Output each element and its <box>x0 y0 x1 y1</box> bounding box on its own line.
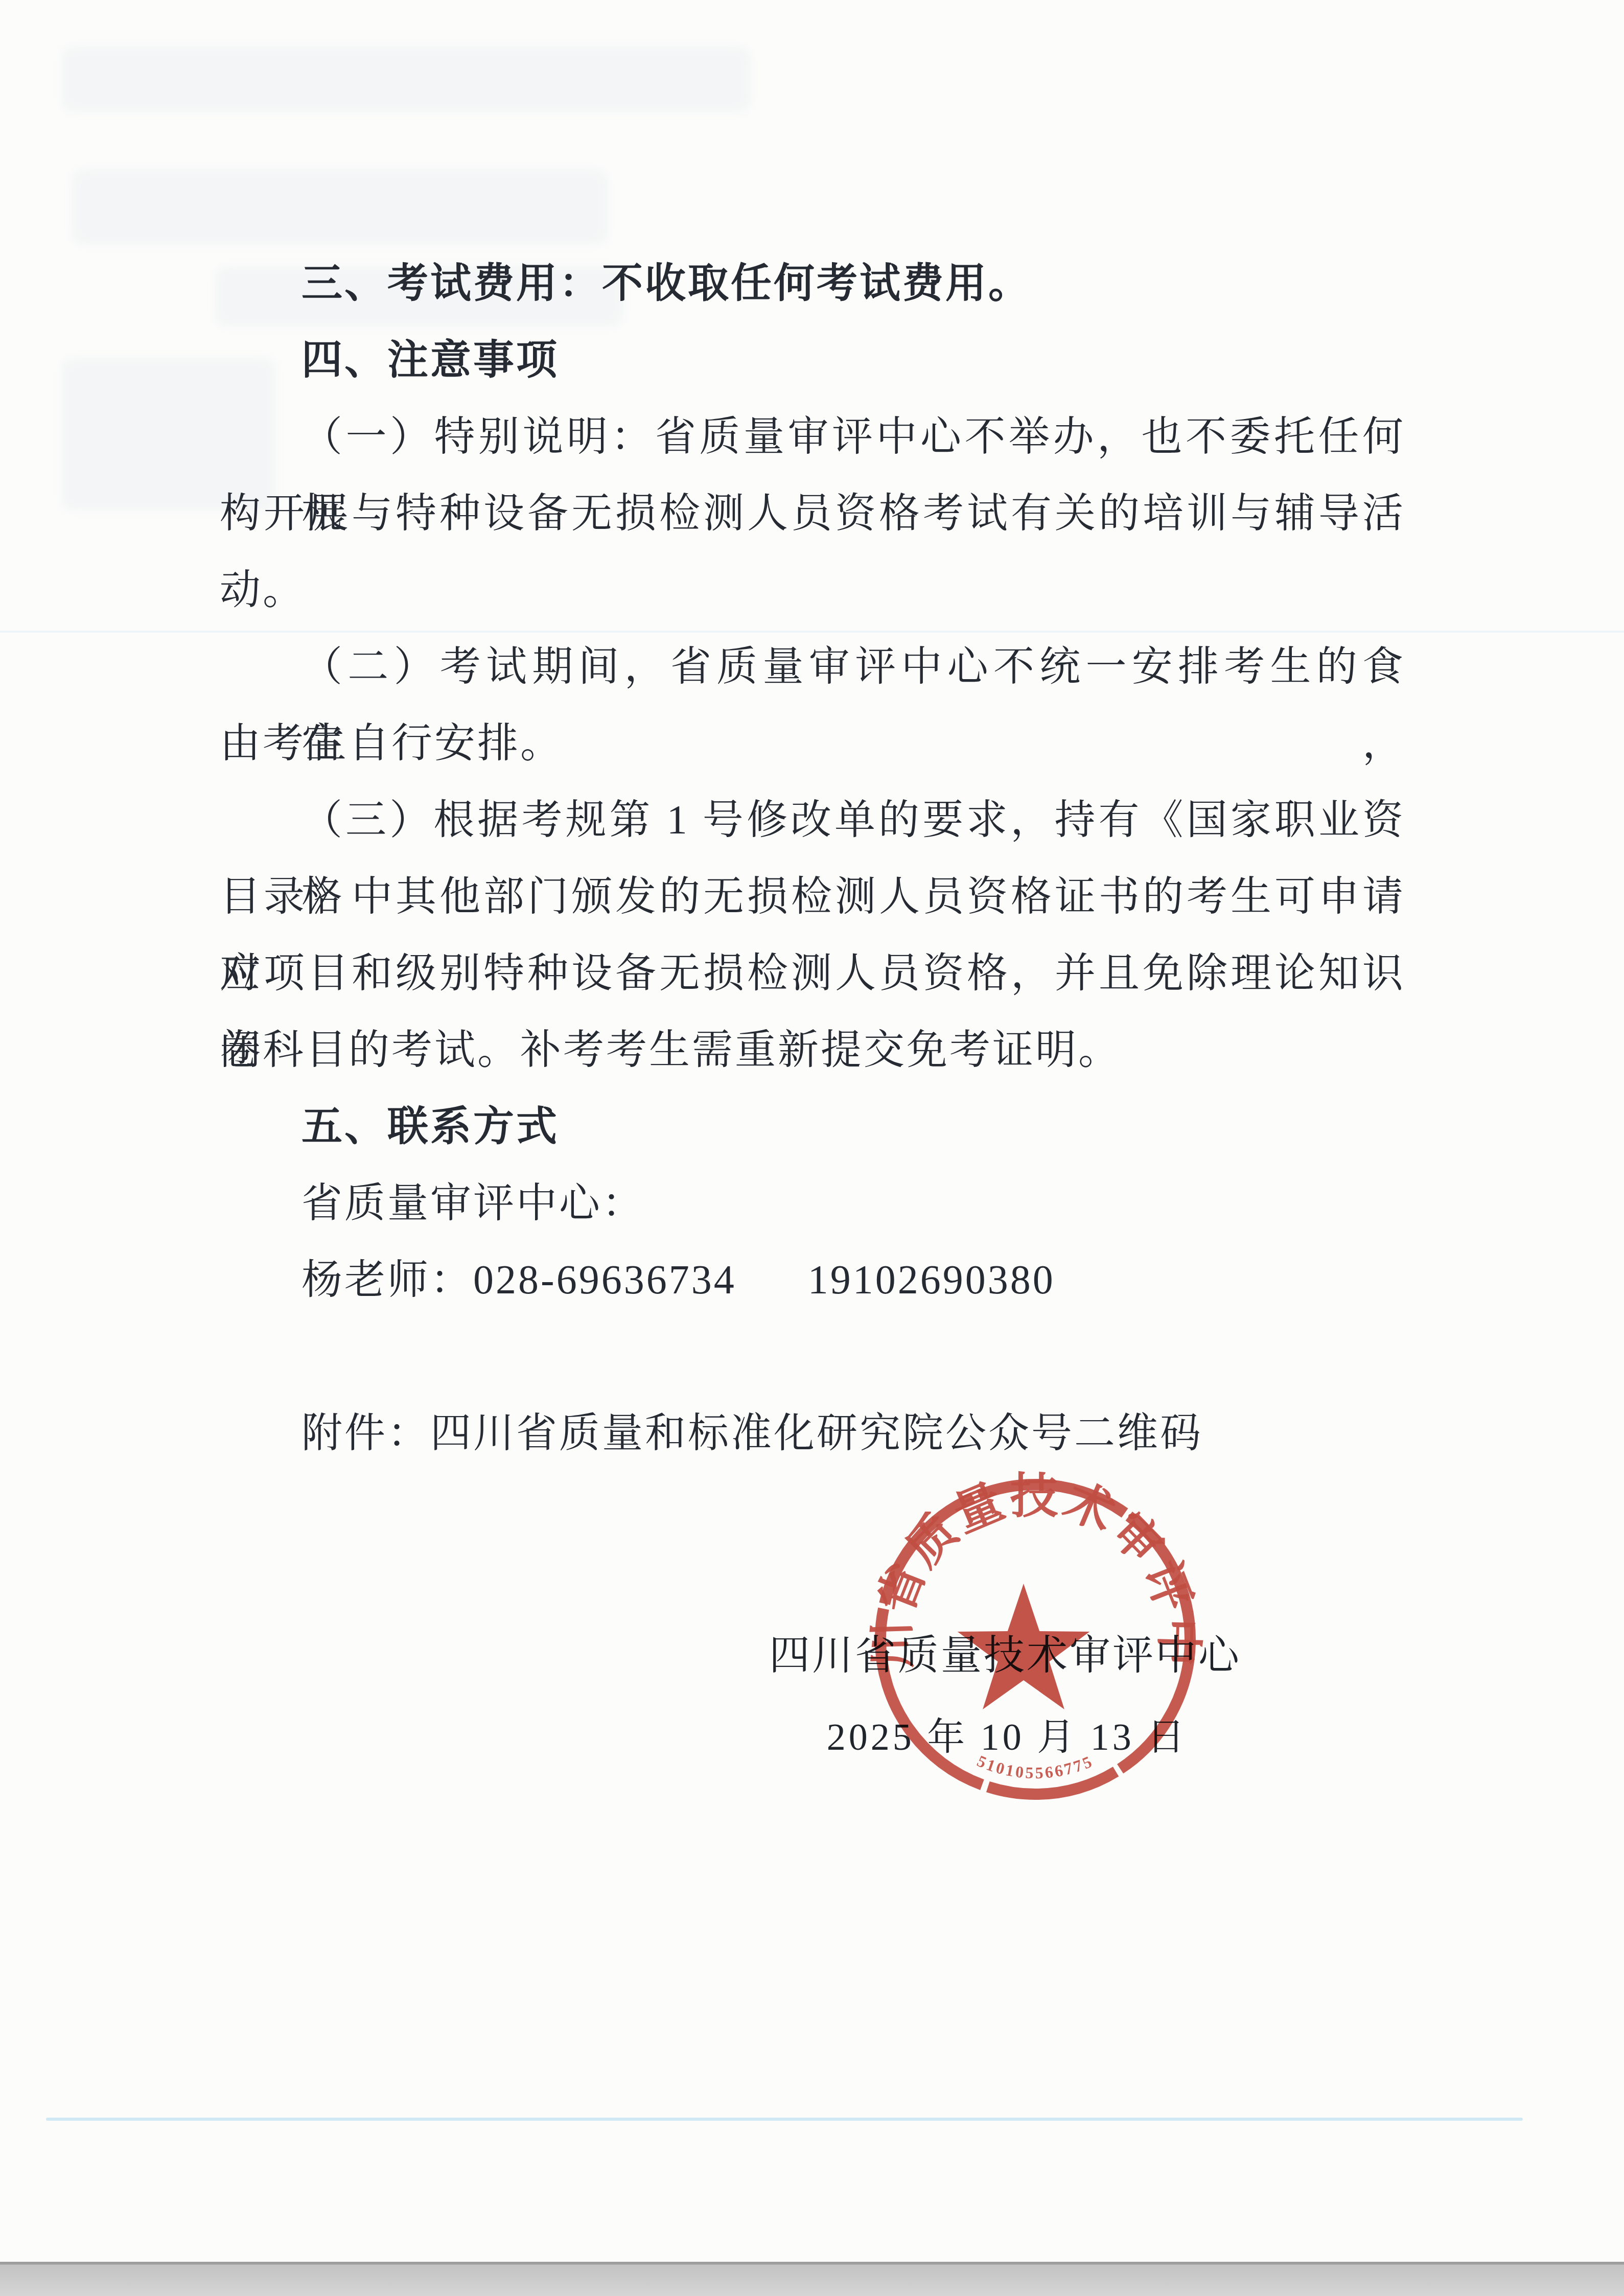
seal-serial-number: 510105566775 <box>975 1751 1096 1782</box>
scanner-streak-artifact <box>46 2118 1523 2121</box>
heading-notes: 四、注意事项 <box>220 322 1405 399</box>
contact-phone-mobile: 19102690380 <box>808 1258 1055 1303</box>
official-round-seal: 四川省质量技术审评中心 510105566775 <box>854 1460 1216 1822</box>
seal-serial-textpath: 510105566775 <box>975 1751 1096 1782</box>
contact-phone-line: 杨老师：028-6963673419102690380 <box>220 1242 1405 1318</box>
note-3-line-1: （三）根据考规第 1 号修改单的要求，持有《国家职业资格 <box>220 782 1405 859</box>
note-1-line-1: （一）特别说明：省质量审评中心不举办，也不委托任何机 <box>220 399 1405 475</box>
note-3-line-2: 目录》中其他部门颁发的无损检测人员资格证书的考生可申请对 <box>220 859 1405 935</box>
heading-exam-fee: 三、考试费用：不收取任何考试费用。 <box>220 245 1405 322</box>
bleed-through-artifact <box>61 46 751 112</box>
contact-org-line: 省质量审评中心： <box>220 1165 1405 1242</box>
contact-phone-landline: 028-69636734 <box>473 1258 736 1303</box>
page-edge-shadow <box>0 2262 1624 2296</box>
document-body: 三、考试费用：不收取任何考试费用。 四、注意事项 （一）特别说明：省质量审评中心… <box>220 245 1405 1472</box>
note-1-line-2: 构开展与特种设备无损检测人员资格考试有关的培训与辅导活 <box>220 475 1405 552</box>
note-3-line-4: 卷科目的考试。补考考生需重新提交免考证明。 <box>220 1012 1405 1088</box>
note-2-line-1: （二）考试期间，省质量审评中心不统一安排考生的食宿， <box>220 629 1405 705</box>
contact-person-label: 杨老师： <box>301 1258 473 1303</box>
blank-line <box>220 1318 1405 1395</box>
note-3-line-3: 应项目和级别特种设备无损检测人员资格，并且免除理论知识闭 <box>220 935 1405 1012</box>
heading-contact: 五、联系方式 <box>220 1088 1405 1165</box>
scanned-document-page: 三、考试费用：不收取任何考试费用。 四、注意事项 （一）特别说明：省质量审评中心… <box>0 0 1624 2296</box>
bleed-through-artifact <box>72 169 608 245</box>
star-icon <box>958 1584 1090 1709</box>
note-1-line-3: 动。 <box>220 552 1405 629</box>
attachment-line: 附件：四川省质量和标准化研究院公众号二维码 <box>220 1395 1405 1472</box>
